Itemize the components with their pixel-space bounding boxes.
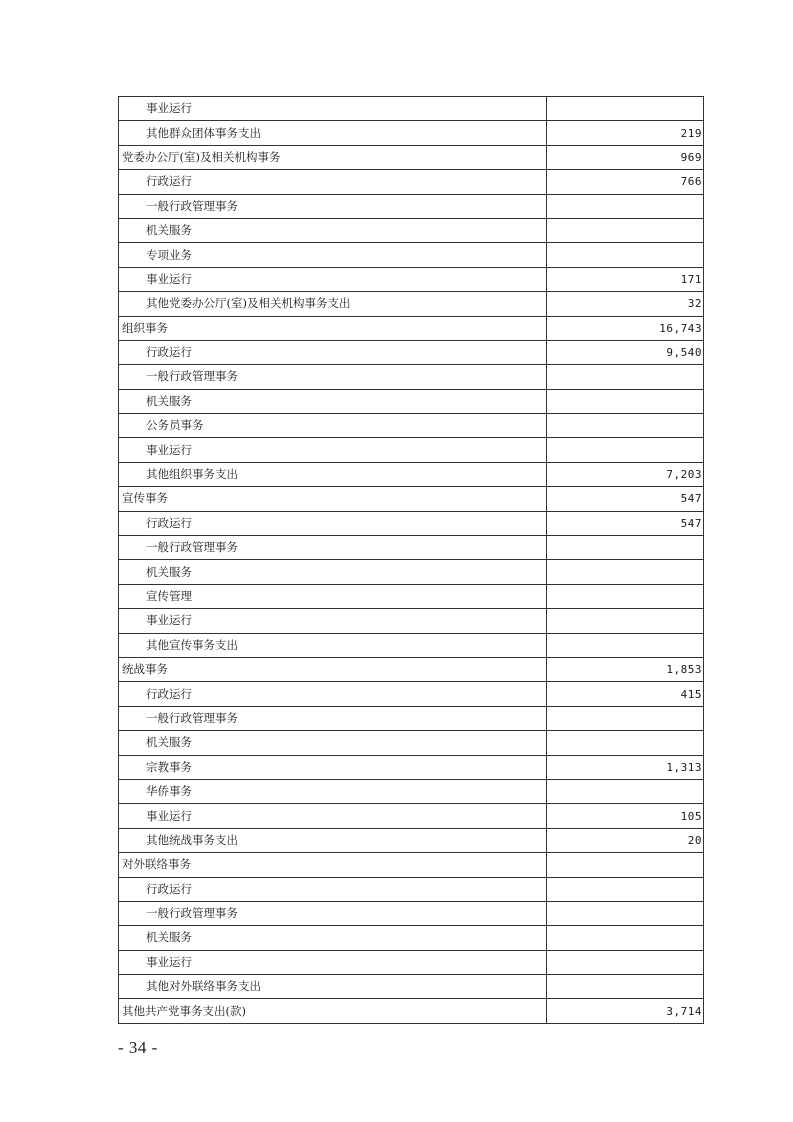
- row-name-cell: 其他组织事务支出: [119, 462, 547, 486]
- table-row-item: 行政运行: [119, 877, 704, 901]
- row-value-cell: [547, 438, 704, 462]
- row-value-cell: [547, 901, 704, 925]
- row-value-cell: 32: [547, 292, 704, 316]
- row-name-cell: 专项业务: [119, 243, 547, 267]
- table-row-item: 机关服务: [119, 731, 704, 755]
- row-name-cell: 机关服务: [119, 926, 547, 950]
- row-value-cell: 1,853: [547, 657, 704, 681]
- row-name-cell: 事业运行: [119, 97, 547, 121]
- row-name-cell: 组织事务: [119, 316, 547, 340]
- table-row-item: 机关服务: [119, 218, 704, 242]
- row-value-cell: [547, 97, 704, 121]
- row-value-cell: [547, 584, 704, 608]
- row-name-cell: 事业运行: [119, 267, 547, 291]
- row-name-cell: 宣传管理: [119, 584, 547, 608]
- row-name-cell: 一般行政管理事务: [119, 365, 547, 389]
- table-body: 事业运行其他群众团体事务支出219党委办公厅(室)及相关机构事务969行政运行7…: [119, 97, 704, 1024]
- row-name-cell: 机关服务: [119, 731, 547, 755]
- row-value-cell: 969: [547, 145, 704, 169]
- table-row-item: 一般行政管理事务: [119, 536, 704, 560]
- table-row-item: 机关服务: [119, 926, 704, 950]
- row-name-cell: 行政运行: [119, 340, 547, 364]
- table-row-item: 一般行政管理事务: [119, 194, 704, 218]
- row-value-cell: [547, 389, 704, 413]
- row-value-cell: 766: [547, 170, 704, 194]
- row-name-cell: 行政运行: [119, 170, 547, 194]
- table-row-item: 一般行政管理事务: [119, 706, 704, 730]
- row-name-cell: 宗教事务: [119, 755, 547, 779]
- row-name-cell: 其他宣传事务支出: [119, 633, 547, 657]
- table-row-category: 宣传事务547: [119, 487, 704, 511]
- table-row-item: 其他对外联络事务支出: [119, 975, 704, 999]
- table-row-category: 党委办公厅(室)及相关机构事务969: [119, 145, 704, 169]
- table-row-item: 其他组织事务支出7,203: [119, 462, 704, 486]
- row-name-cell: 公务员事务: [119, 414, 547, 438]
- row-name-cell: 机关服务: [119, 560, 547, 584]
- row-name-cell: 行政运行: [119, 877, 547, 901]
- row-value-cell: 16,743: [547, 316, 704, 340]
- row-value-cell: [547, 194, 704, 218]
- row-name-cell: 统战事务: [119, 657, 547, 681]
- row-name-cell: 行政运行: [119, 511, 547, 535]
- row-value-cell: 7,203: [547, 462, 704, 486]
- table-row-category: 组织事务16,743: [119, 316, 704, 340]
- row-value-cell: [547, 975, 704, 999]
- table-row-item: 公务员事务: [119, 414, 704, 438]
- row-value-cell: [547, 926, 704, 950]
- row-value-cell: [547, 414, 704, 438]
- table-row-item: 宗教事务1,313: [119, 755, 704, 779]
- row-value-cell: 547: [547, 487, 704, 511]
- row-value-cell: [547, 243, 704, 267]
- row-name-cell: 机关服务: [119, 389, 547, 413]
- row-value-cell: 1,313: [547, 755, 704, 779]
- row-value-cell: [547, 950, 704, 974]
- table-row-item: 事业运行: [119, 438, 704, 462]
- row-value-cell: [547, 731, 704, 755]
- row-name-cell: 对外联络事务: [119, 853, 547, 877]
- row-name-cell: 一般行政管理事务: [119, 706, 547, 730]
- table-row-item: 其他党委办公厅(室)及相关机构事务支出32: [119, 292, 704, 316]
- table-row-item: 事业运行: [119, 950, 704, 974]
- row-name-cell: 行政运行: [119, 682, 547, 706]
- row-name-cell: 一般行政管理事务: [119, 194, 547, 218]
- row-name-cell: 党委办公厅(室)及相关机构事务: [119, 145, 547, 169]
- row-value-cell: 219: [547, 121, 704, 145]
- row-name-cell: 机关服务: [119, 218, 547, 242]
- page-number: - 34 -: [118, 1038, 158, 1058]
- row-value-cell: 415: [547, 682, 704, 706]
- row-name-cell: 其他群众团体事务支出: [119, 121, 547, 145]
- row-name-cell: 其他共产党事务支出(款): [119, 999, 547, 1023]
- row-value-cell: [547, 706, 704, 730]
- table-row-category: 其他共产党事务支出(款)3,714: [119, 999, 704, 1023]
- row-value-cell: 105: [547, 804, 704, 828]
- table-row-item: 行政运行415: [119, 682, 704, 706]
- row-name-cell: 华侨事务: [119, 779, 547, 803]
- row-value-cell: 9,540: [547, 340, 704, 364]
- row-value-cell: [547, 560, 704, 584]
- table-row-item: 行政运行547: [119, 511, 704, 535]
- table-row-item: 专项业务: [119, 243, 704, 267]
- table-row-item: 一般行政管理事务: [119, 365, 704, 389]
- row-value-cell: [547, 633, 704, 657]
- table-row-category: 对外联络事务: [119, 853, 704, 877]
- row-value-cell: [547, 779, 704, 803]
- table-row-item: 事业运行: [119, 609, 704, 633]
- row-name-cell: 事业运行: [119, 950, 547, 974]
- row-name-cell: 宣传事务: [119, 487, 547, 511]
- table-row-item: 行政运行766: [119, 170, 704, 194]
- row-name-cell: 其他统战事务支出: [119, 828, 547, 852]
- table-row-item: 其他统战事务支出20: [119, 828, 704, 852]
- table-row-item: 事业运行105: [119, 804, 704, 828]
- row-name-cell: 事业运行: [119, 609, 547, 633]
- expenditure-table: 事业运行其他群众团体事务支出219党委办公厅(室)及相关机构事务969行政运行7…: [118, 96, 704, 1024]
- row-value-cell: [547, 218, 704, 242]
- table-row-item: 事业运行171: [119, 267, 704, 291]
- row-value-cell: [547, 853, 704, 877]
- row-value-cell: [547, 609, 704, 633]
- row-value-cell: 171: [547, 267, 704, 291]
- row-name-cell: 其他对外联络事务支出: [119, 975, 547, 999]
- row-name-cell: 一般行政管理事务: [119, 901, 547, 925]
- row-value-cell: 3,714: [547, 999, 704, 1023]
- row-value-cell: [547, 365, 704, 389]
- row-value-cell: [547, 536, 704, 560]
- table-row-item: 其他群众团体事务支出219: [119, 121, 704, 145]
- table-row-item: 其他宣传事务支出: [119, 633, 704, 657]
- row-name-cell: 事业运行: [119, 438, 547, 462]
- row-name-cell: 事业运行: [119, 804, 547, 828]
- row-value-cell: 547: [547, 511, 704, 535]
- row-name-cell: 一般行政管理事务: [119, 536, 547, 560]
- table-row-item: 事业运行: [119, 97, 704, 121]
- table-row-item: 一般行政管理事务: [119, 901, 704, 925]
- table-row-item: 机关服务: [119, 560, 704, 584]
- table-row-category: 统战事务1,853: [119, 657, 704, 681]
- row-value-cell: [547, 877, 704, 901]
- table-row-item: 行政运行9,540: [119, 340, 704, 364]
- table-row-item: 机关服务: [119, 389, 704, 413]
- row-name-cell: 其他党委办公厅(室)及相关机构事务支出: [119, 292, 547, 316]
- table-row-item: 宣传管理: [119, 584, 704, 608]
- table-row-item: 华侨事务: [119, 779, 704, 803]
- row-value-cell: 20: [547, 828, 704, 852]
